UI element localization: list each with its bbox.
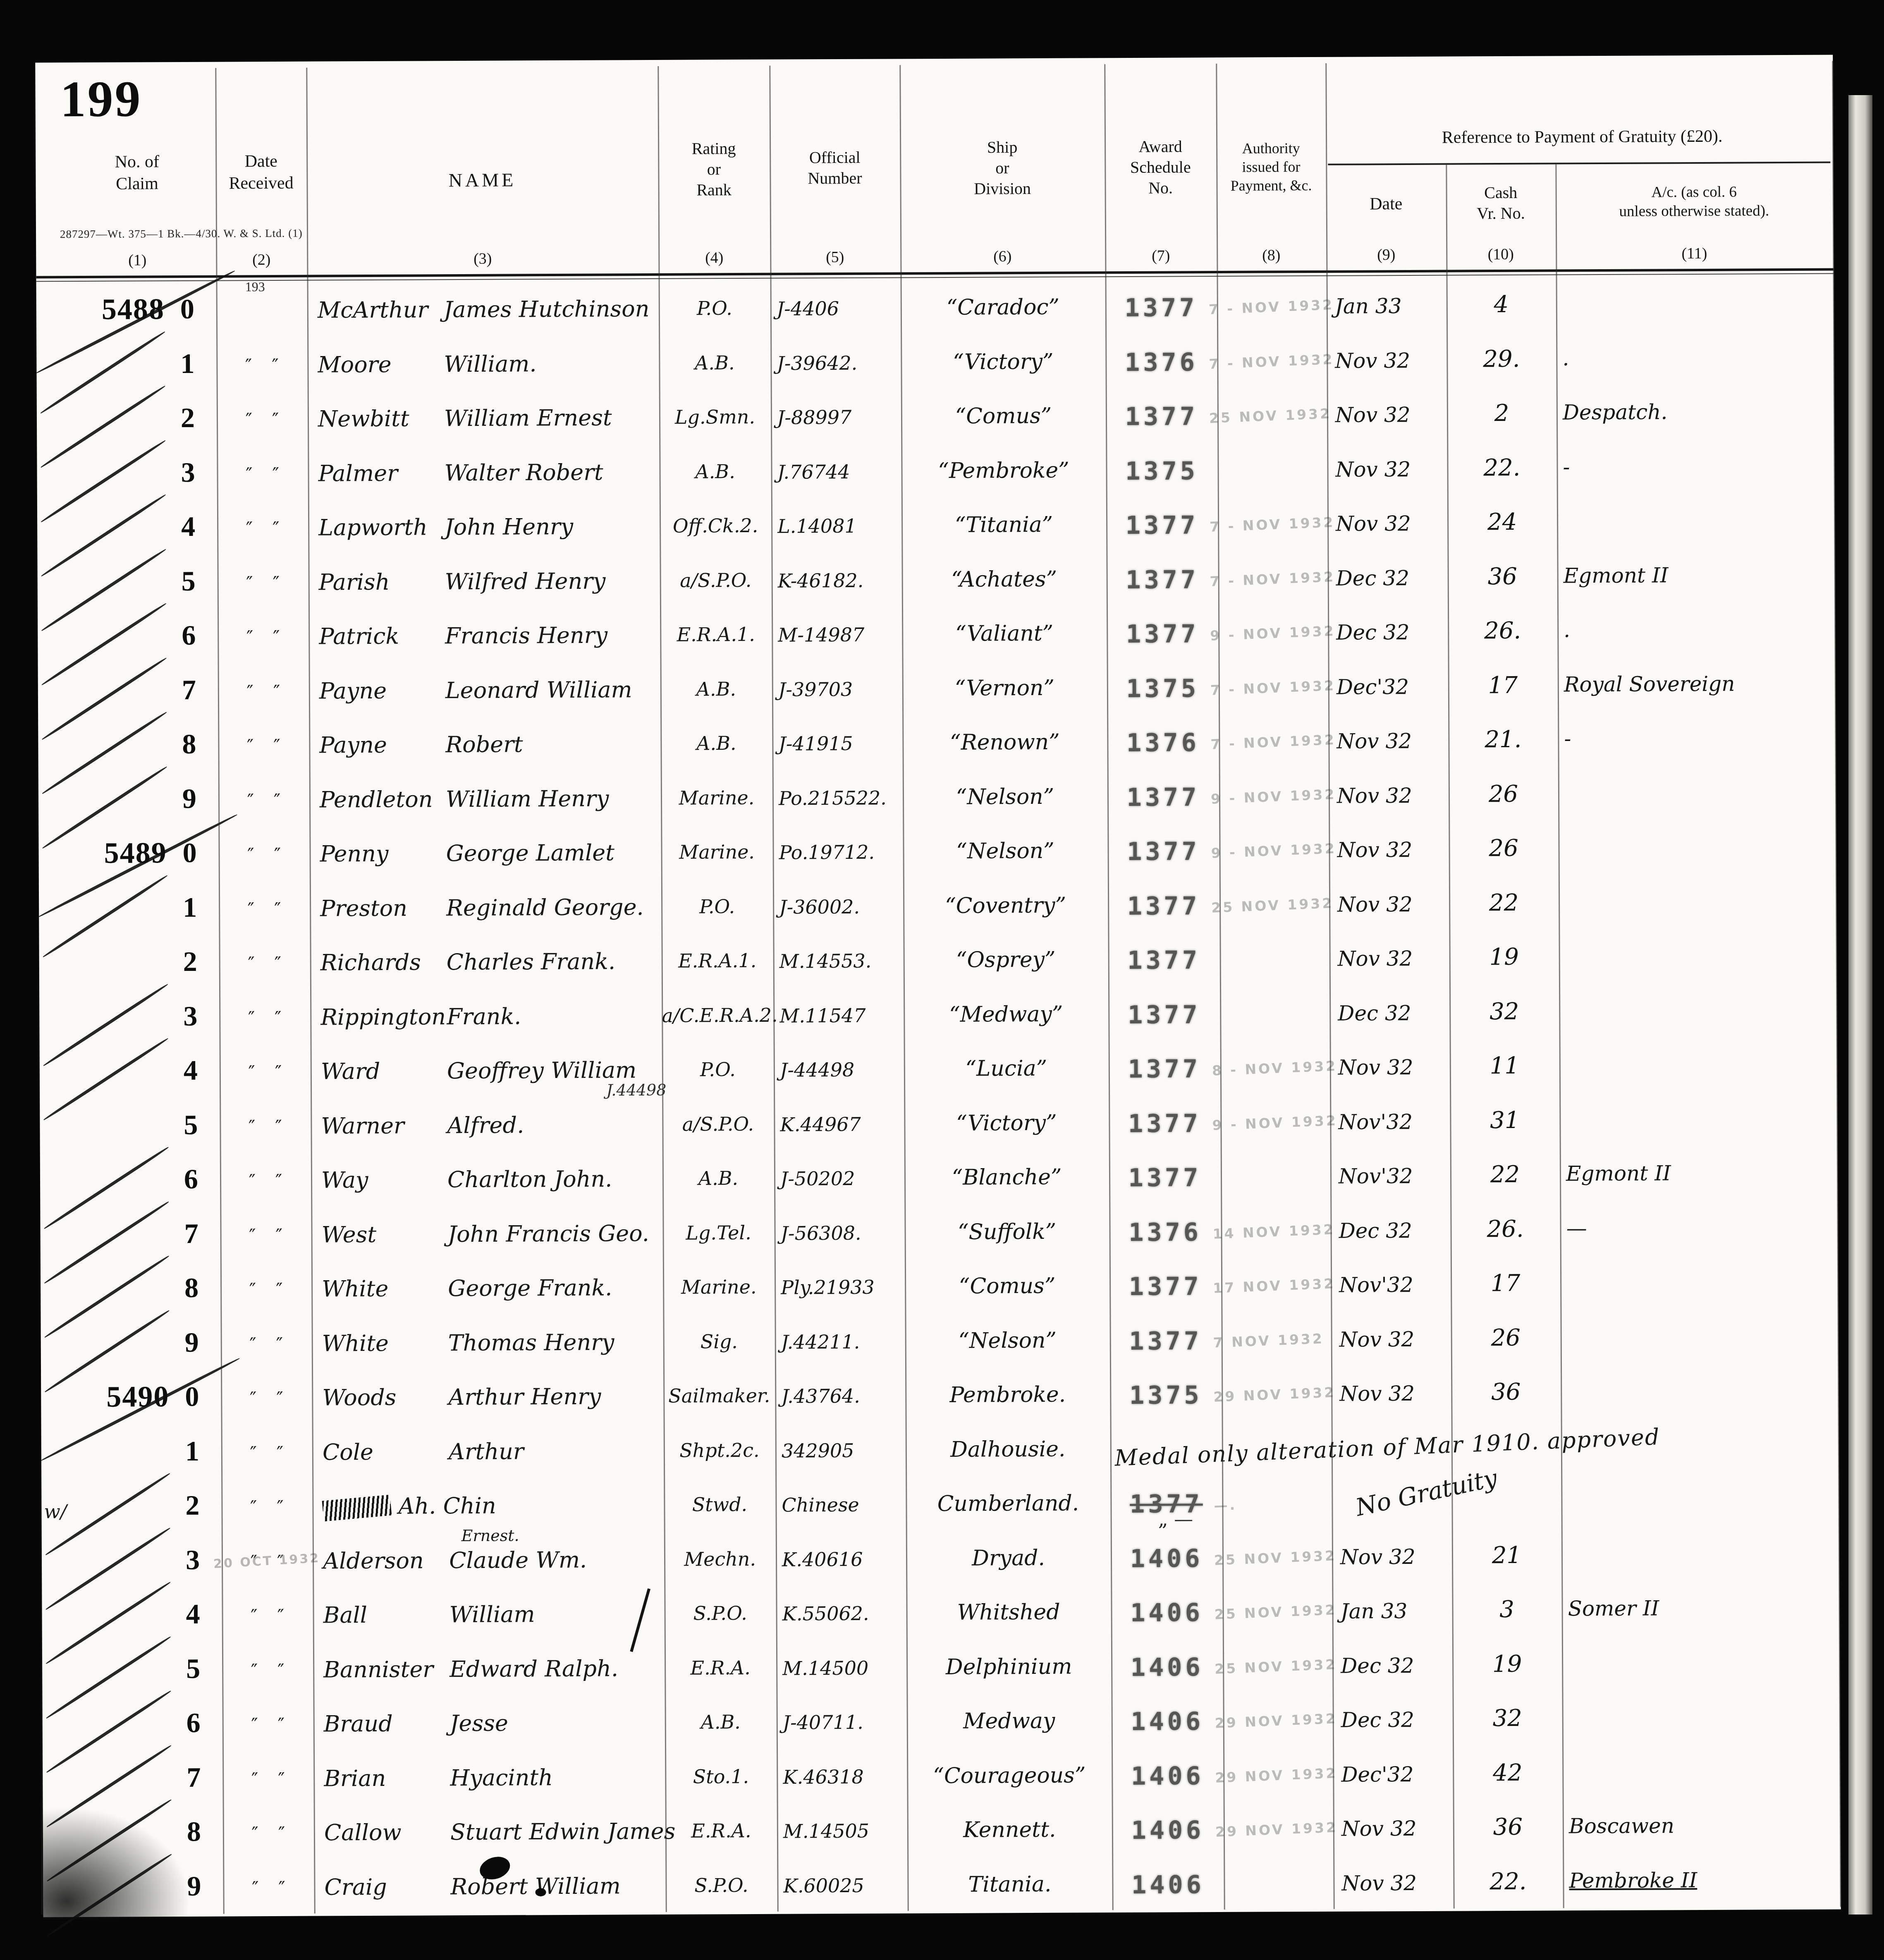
name-entry: WestJohn Francis Geo. [321,1220,665,1248]
col-header-payment-date: Date [1326,193,1446,215]
column-number: (5) [810,248,860,267]
forenames: Jesse [450,1710,508,1737]
date-received-ditto: ″ ″ [220,1279,311,1301]
claim-group-number: 5490 [53,1379,169,1414]
authority-stamp: 29 NOV 1932 [1215,1710,1351,1731]
claim-number: 8 [166,728,212,760]
payment-date: Dec'32 [1336,674,1452,699]
table-row: 54890″ ″PennyGeorge LamletMarine.Po.1971… [38,822,1836,884]
official-number: Po.215522. [779,786,903,809]
forenames: William Henry [446,785,609,812]
forenames: Edward Ralph. [449,1655,618,1682]
surname: Brian [324,1765,450,1791]
name-entry: BallWilliam [323,1601,666,1628]
award-schedule-stamp: 1377 [1107,837,1219,866]
award-schedule-stamp: 1406 [1112,1707,1223,1736]
claim-number: 1 [170,1434,215,1467]
payment-date: Nov 32 [1335,457,1451,481]
payment-date: Dec 32 [1339,1218,1454,1243]
surname: Lapworth [318,514,445,540]
ship-or-division: “Blanche” [904,1164,1109,1190]
surname: Bannister [323,1656,449,1683]
page-number: 199 [60,69,142,129]
table-row: 1″ ″ColeArthurShpt.2c.342905Dalhousie.Me… [41,1420,1839,1482]
payment-date: Nov 32 [1338,947,1454,971]
award-schedule-stamp: 1375 [1106,457,1217,486]
cash-voucher-number: 36 [1448,563,1557,590]
name-entry: CallowStuart Edwin James [324,1818,667,1846]
account-entry: Somer II [1568,1595,1857,1621]
date-received-ditto: ″ ″ [223,1823,314,1845]
rating: Sig. [663,1330,775,1353]
claim-number: 2 [167,945,213,978]
table-row: 1″ ″PrestonReginald George.P.O.J-36002.“… [39,876,1837,939]
name-entry: PrestonReginald George. [320,894,663,921]
cash-voucher-number: 31 [1450,1107,1559,1134]
claim-number: 4 [165,510,211,543]
official-number: J-4406 [777,297,901,320]
rating: Sailmaker. [663,1384,775,1407]
rating: P.O. [659,297,770,320]
ship-or-division: “Victory” [904,1110,1109,1136]
official-number: J-50202 [780,1167,904,1190]
claim-number: 1 [167,891,213,923]
payment-date: Nov 32 [1335,348,1451,373]
date-received-ditto: ″ ″ [222,1606,313,1627]
authority-stamp: 7 - NOV 1932 [1208,296,1345,318]
column-number: (4) [689,249,739,267]
forenames: Wilfred Henry [445,568,606,595]
table-row: 5″ ″WarnerAlfred.a/S.P.O.K.44967“Victory… [40,1094,1838,1156]
cash-voucher-number: 24 [1447,508,1557,535]
authority-stamp: 9 - NOV 1932 [1210,622,1347,644]
payment-date: Jan 33 [1340,1599,1456,1623]
award-schedule-stamp: 1377 [1108,1000,1220,1030]
name-entry: BrianHyacinth [324,1764,667,1791]
claim-number: 6 [171,1707,216,1739]
account-entry: Pembroke II [1569,1867,1858,1893]
name-entry: PendletonWilliam Henry [320,785,663,813]
account-entry: Despatch. [1563,399,1852,424]
rating: E.R.A. [665,1819,777,1842]
rating: Marine. [661,786,772,809]
rating: S.P.O. [665,1874,777,1896]
claim-number: 0 [169,1380,215,1413]
name-entry: WoodsArthur Henry [322,1383,665,1411]
cash-voucher-number: 17 [1451,1269,1560,1297]
ship-or-division: Dryad. [906,1545,1111,1571]
ship-or-division: “Achates” [902,566,1107,592]
forenames: Reginald George. [446,894,644,921]
col-header-authority: Authority issued for Payment, &c. [1216,139,1326,195]
ship-or-division: “Comus” [901,403,1106,429]
official-number: K.46318 [783,1765,907,1788]
forenames: William. [444,351,536,377]
surname: Way [321,1166,447,1193]
table-row: 7″ ″WestJohn Francis Geo.Lg.Tel.J-56308.… [40,1202,1838,1265]
cash-voucher-number: 11 [1450,1052,1559,1079]
claim-number: 3 [167,999,213,1032]
ship-or-division: “Courageous” [907,1763,1112,1788]
table-row: 4″ ″BallWilliamS.P.O.K.55062.Whitshed140… [42,1583,1840,1646]
gratuity-header-rule [1328,162,1830,165]
rating: P.O. [661,895,773,918]
col-header-gratuity-reference: Reference to Payment of Gratuity (£20). [1332,125,1832,149]
table-row: 9″ ″PendletonWilliam HenryMarine.Po.2155… [38,767,1836,830]
claim-number: 2 [170,1489,215,1522]
ledger-rows: 54880193McArthurJames HutchinsonP.O.J-44… [35,55,1833,63]
ship-or-division: “Caradoc” [901,294,1105,320]
award-schedule-stamp: 1376 [1105,348,1217,377]
date-received-ditto: ″ ″ [221,1388,312,1410]
payment-date: Dec 32 [1341,1653,1456,1678]
award-schedule-stamp: 1377 [1106,402,1217,431]
authority-stamp: 29 NOV 1932 [1215,1819,1352,1840]
rating: Stwd. [664,1493,775,1516]
payment-date: Nov'32 [1339,1273,1455,1297]
name-entry: RippingtonFrank. [320,1002,664,1030]
forenames: Arthur Henry [448,1384,601,1410]
forenames: Walter Robert [444,459,603,486]
name-entry: WardGeoffrey William [321,1057,664,1085]
rating: A.B. [660,732,772,755]
date-received-ditto: ″ ″ [223,1877,314,1899]
cash-voucher-number: 2 [1447,399,1556,427]
account-entry: — [1566,1215,1855,1240]
cash-voucher-number: 22. [1447,454,1556,481]
award-schedule-stamp: 1375 [1110,1381,1222,1410]
column-number: (11) [1669,244,1719,263]
official-number: L.14081 [777,514,901,537]
authority-stamp: 14 NOV 1932 [1212,1220,1349,1242]
surname: Ball [323,1601,449,1628]
official-number: M.14553. [779,949,904,972]
table-row: 6″ ″BraudJesseA.B.J-40711.Medway140629 N… [43,1692,1841,1754]
claim-number: 0 [165,293,210,325]
name-entry: PayneRobert [319,731,662,758]
ship-or-division: Kennett. [907,1817,1112,1843]
cash-voucher-number: 3 [1452,1596,1561,1623]
forenames: Charles Frank. [447,948,616,975]
cash-voucher-number: 22 [1450,1161,1560,1188]
payment-date: Nov'32 [1339,1164,1454,1188]
surname: Rippington [320,1004,447,1030]
award-schedule-stamp: 1377 [1108,892,1219,921]
award-schedule-stamp: 1377 [1109,1054,1220,1084]
column-number-row: (1)(2)(3)(4)(5)(6)(7)(8)(9)(10)(11) [35,55,1833,63]
account-entry: Egmont II [1566,1160,1855,1186]
cash-voucher-number: 26 [1449,834,1558,862]
surname: Ward [321,1058,447,1084]
date-received-ditto: ″ ″ [218,736,309,757]
award-schedule-stamp: 1406 [1111,1598,1222,1628]
cash-voucher-number: 36 [1451,1378,1561,1405]
authority-stamp: 29 NOV 1932 [1215,1764,1352,1786]
date-received-ditto: ″ ″ [220,1116,311,1138]
table-row: 1″ ″MooreWilliam.A.B.J-39642.“Victory”13… [36,332,1834,395]
award-schedule-stamp: 1376 [1107,728,1219,758]
forenames: Alfred. [447,1112,524,1138]
table-row: 5″ ″BannisterEdward Ralph.E.R.A.M.14500D… [42,1637,1840,1700]
surname: Parish [319,569,445,595]
table-row: 6″ ″PatrickFrancis HenryE.R.A.1.M-14987“… [38,605,1836,667]
rating: Off.Ck.2. [660,514,771,537]
col-header-account: A/c. (as col. 6 unless otherwise stated)… [1556,182,1833,222]
table-row: 3″ ″20 OCT 1932AldersonClaude Wm.Ernest.… [42,1529,1840,1591]
payment-date: Nov 32 [1338,1055,1454,1080]
cash-voucher-number: 42 [1453,1759,1562,1786]
scanned-ledger-screenshot: { "page": { "number": "199", "imprint": … [0,0,1884,1960]
column-number: (10) [1476,245,1525,264]
surname: West [321,1221,447,1248]
surname: Warner [321,1112,447,1139]
table-row: 54880193McArthurJames HutchinsonP.O.J-44… [36,278,1834,341]
official-number: J-44498 [780,1058,904,1081]
rating: A.B. [662,1167,774,1190]
table-row: 2″ ″NewbittWilliam ErnestLg.Smn.J-88997“… [37,387,1835,449]
ship-or-division: “Victory” [901,349,1105,375]
award-schedule-stamp: 1377 [1109,1163,1221,1193]
ship-or-division: Delphinium [906,1654,1111,1680]
ship-or-division: “Pembroke” [901,458,1106,483]
official-number: J-40711. [783,1711,907,1733]
surname: Braud [324,1710,450,1737]
ship-or-division: “Valiant” [902,621,1107,646]
official-number: 342905 [782,1439,906,1462]
ship-or-division: “Comus” [905,1273,1109,1299]
authority-stamp: —. [1214,1492,1351,1514]
claim-number: 5 [170,1652,216,1685]
date-received-ditto: ″ ″ [222,1714,313,1736]
authority-stamp: 7 - NOV 1932 [1209,514,1346,535]
ledger-page: 199 No. of Claim Date Received NAME Rati… [35,55,1841,1917]
rating: E.R.A. [665,1656,776,1679]
forenames: William Ernest [444,404,612,431]
column-number: (2) [237,251,286,269]
forenames: Claude Wm. [449,1546,587,1573]
cash-voucher-number: 32 [1449,998,1559,1025]
official-number: J-39703 [778,678,902,700]
official-number: Chinese [782,1493,906,1516]
official-number: M.14500 [782,1656,906,1679]
forenames: George Lamlet [446,839,614,866]
surname: Penny [320,840,446,867]
cash-voucher-number: 26 [1451,1324,1561,1351]
col-header-ship-or-division: Ship or Division [900,136,1105,199]
name-entry: AldersonClaude Wm.Ernest. [323,1546,666,1574]
claim-group-number: 5489 [50,836,167,870]
account-entry: . [1562,345,1852,370]
printer-imprint: 287297—Wt. 375—1 Bk.—4/30. W. & S. Ltd. … [60,227,303,241]
payment-date: Nov 32 [1337,892,1453,916]
date-received-ditto: ″ ″ [218,627,308,648]
table-row: 7″ ″PayneLeonard WilliamA.B.J-39703“Vern… [38,659,1836,721]
ship-or-division: “Nelson” [903,838,1107,864]
ship-or-division: Whitshed [906,1599,1111,1625]
authority-stamp: 7 - NOV 1932 [1210,676,1347,698]
name-entry: PennyGeorge Lamlet [320,839,663,867]
claim-number: 2 [165,402,210,434]
claim-number: 0 [167,837,212,869]
date-received-ditto: ″ ″ [218,681,309,703]
payment-date: Nov 32 [1341,1871,1457,1895]
forenames: Robert William [450,1873,621,1900]
official-number: J-88997 [777,406,901,428]
authority-stamp: 25 NOV 1932 [1209,405,1346,426]
ship-or-division: Pembroke. [905,1382,1110,1408]
award-schedule-stamp: 1377 [1108,946,1220,975]
authority-stamp: 9 - NOV 1932 [1210,785,1347,807]
forenames: Frank. [447,1003,521,1030]
surname: White [322,1330,448,1356]
rating: Marine. [661,841,772,863]
ship-or-division: “Medway” [904,1002,1108,1027]
payment-date: Dec 32 [1341,1708,1457,1732]
rating: A.B. [659,460,771,483]
rating-extra: J.44498 [606,1081,666,1100]
name-entry: WhiteThomas Henry [322,1329,665,1356]
surname: Callow [324,1819,450,1845]
payment-date: Dec'32 [1341,1762,1457,1786]
surname: Alderson [323,1547,449,1574]
ink-blot [536,1888,546,1896]
ship-or-division: “Nelson” [903,784,1107,810]
surname: Payne [319,677,445,704]
rating: Lg.Tel. [662,1221,774,1244]
rating: S.P.O. [664,1602,776,1625]
ship-or-division: “Renown” [902,729,1107,755]
surname: McArthur [318,296,444,323]
table-row: 5″ ″ParishWilfred Henrya/S.P.O.K-46182.“… [37,550,1835,612]
date-received-ditto: ″ ″ [217,518,308,540]
table-row: 6″ ″WayCharlton John.A.B.J-50202“Blanche… [40,1148,1838,1211]
official-number: M.11547 [779,1004,904,1027]
cash-voucher-number: 4 [1446,291,1556,318]
forenames: Geoffrey William [447,1057,637,1084]
surname: Cole [323,1439,449,1465]
claim-number: 6 [168,1163,214,1195]
adjacent-page-edge [1848,95,1872,1915]
official-number: J.76744 [777,460,901,483]
column-number: (1) [112,251,162,270]
name-entry: WarnerAlfred. [321,1111,664,1139]
col-header-date-received: Date Received [215,151,306,194]
claim-number: 4 [168,1054,213,1087]
name-entry: MooreWilliam. [318,350,661,378]
name-entry: ParishWilfred Henry [319,567,662,595]
account-entry: - [1564,725,1853,751]
authority-stamp: 25 NOV 1932 [1215,1655,1351,1677]
name-entry: BraudJesse [324,1709,667,1737]
official-number: K.55062. [782,1602,906,1625]
table-row: 2w/″ ″Ah. ChinStwd.ChineseCumberland.137… [41,1475,1839,1537]
cash-voucher-number: 26. [1450,1215,1560,1243]
claim-number: 3 [165,456,210,488]
forenames: Francis Henry [445,622,607,649]
forenames: Robert [445,731,523,758]
payment-date: Nov 32 [1341,1817,1457,1841]
date-received-ditto: ″ ″ [220,1171,311,1192]
rating: Sto.1. [665,1765,777,1788]
table-row: 4″ ″LapworthJohn HenryOff.Ck.2.L.14081“T… [37,496,1835,558]
forenames: Arthur [449,1438,524,1465]
payment-date: Nov 32 [1336,729,1452,753]
rating: Marine. [663,1276,775,1298]
cash-voucher-number: 26. [1448,617,1557,644]
surname: Patrick [319,623,445,649]
surname: Palmer [318,460,444,486]
forenames: Thomas Henry [448,1329,614,1356]
award-schedule-stamp: 1406 [1112,1870,1224,1900]
ship-or-division: Cumberland. [906,1491,1110,1516]
official-number: K.60025 [783,1874,907,1897]
forenames: Charlton John. [447,1166,612,1193]
medal-only-note: Medal only alteration of Mar 1910. appro… [1114,1416,1842,1471]
surname: Newbitt [318,405,444,432]
cash-voucher-number: 21. [1448,726,1558,753]
ship-or-division: “Osprey” [904,947,1108,973]
table-row: 8″ ″PayneRobertA.B.J-41915“Renown”13767 … [38,713,1836,776]
date-received-ditto: ″ ″ [221,1497,312,1518]
col-header-award-schedule-no: Award Schedule No. [1105,136,1217,198]
date-received-ditto: ″ ″ [219,899,310,920]
cash-voucher-number: 19 [1452,1650,1562,1678]
date-received-ditto: ″ ″ [218,790,309,811]
award-schedule-stamp: 1377 [1109,1109,1220,1138]
account-entry: Royal Sovereign [1564,671,1853,696]
ship-or-division: “Coventry” [903,893,1108,918]
name-entry: ColeArthur [323,1437,666,1465]
table-row: 54900″ ″WoodsArthur HenrySailmaker.J.437… [41,1366,1839,1428]
date-received-ditto: ″ ″ [222,1769,313,1790]
surname: Richards [320,949,447,975]
margin-mark: w/ [44,1500,67,1523]
column-number: (3) [458,250,507,268]
ship-or-division: “Nelson” [905,1328,1110,1353]
col-header-no-of-claim: No. of Claim [58,151,215,195]
name-entry: McArthurJames Hutchinson [318,296,661,323]
claim-number: 7 [168,1217,214,1250]
payment-date: Nov 32 [1336,512,1451,536]
rating: A.B. [660,677,772,700]
column-number: (6) [978,247,1027,266]
award-schedule-stamp: 1406 [1111,1653,1223,1682]
table-row: 9″ ″CraigRobert WilliamS.P.O.K.60025Tita… [43,1855,1841,1917]
award-schedule-stamp: 1406 [1112,1762,1223,1791]
award-schedule-stamp: 1377 [1107,565,1218,595]
surname: Craig [324,1874,450,1900]
name-entry: PatrickFrancis Henry [319,622,662,650]
cash-voucher-number: 32 [1453,1704,1562,1732]
table-row: 7″ ″BrianHyacinthSto.1.K.46318“Courageou… [43,1746,1841,1809]
award-schedule-stamp: 1406 [1111,1544,1222,1573]
account-entry: Egmont II [1564,562,1853,588]
ship-or-division: Dalhousie. [906,1437,1110,1462]
corner-smudge [43,1799,201,1919]
ship-or-division: “Lucia” [904,1056,1109,1081]
claim-number: 4 [170,1598,215,1630]
payment-date: Nov'32 [1338,1109,1454,1134]
cash-voucher-number: 21 [1452,1542,1561,1569]
payment-date: Jan 33 [1335,294,1451,318]
year-print: 193 [245,279,265,294]
rating: a/S.P.O. [662,1112,774,1135]
rating: A.B. [659,351,770,374]
forenames: James Hutchinson [444,296,650,323]
table-row: 9″ ″WhiteThomas HenrySig.J.44211.“Nelson… [41,1311,1839,1374]
official-number: Po.19712. [779,841,903,863]
date-received-ditto: ″ ″ [220,1062,311,1083]
